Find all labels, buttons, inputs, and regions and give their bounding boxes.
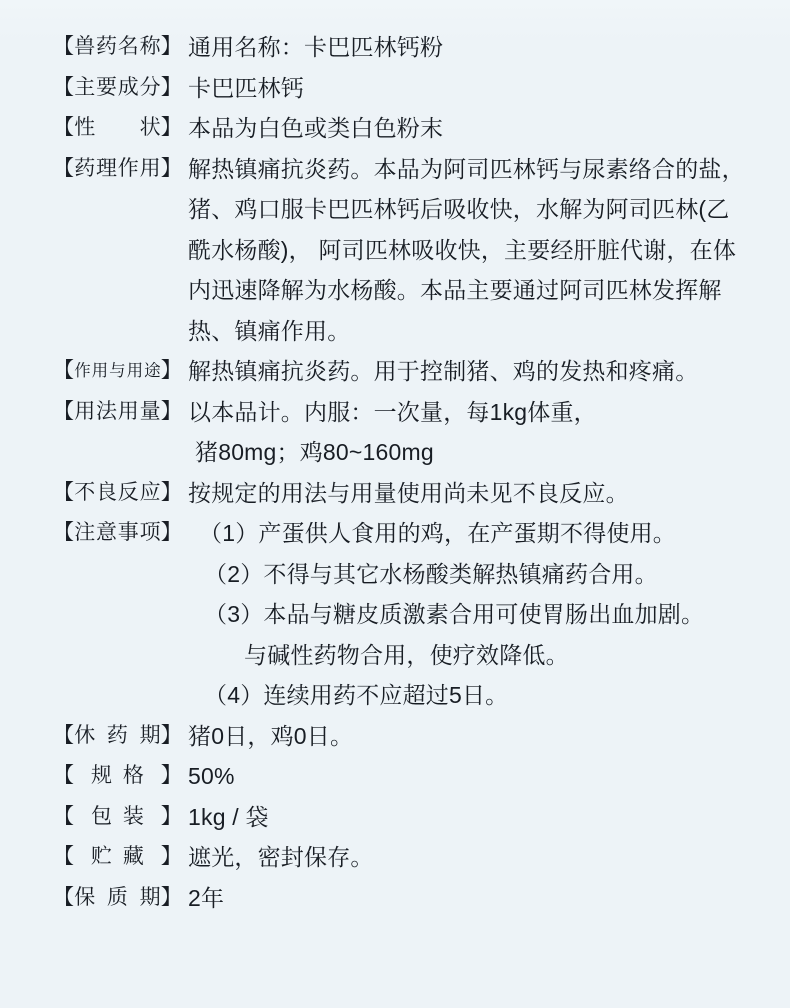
field-value-line: 以本品计。内服：一次量，每1kg体重， (188, 392, 752, 433)
bracket-open: 【 (53, 392, 74, 433)
bracket-close: 】 (161, 392, 182, 433)
field-row-package: 【 包装 】 1kg / 袋 (53, 797, 752, 838)
precaution-item: （3）本品与糖皮质激素合用可使胃肠出血加剧。 (204, 594, 752, 635)
field-row-indications: 【 作用与用途 】 解热镇痛抗炎药。用于控制猪、鸡的发热和疼痛。 (53, 351, 752, 392)
bracket-close: 】 (161, 351, 182, 392)
field-label-text: 保质期 (74, 878, 161, 919)
field-label-text: 贮藏 (74, 837, 161, 878)
field-value-precautions: （1）产蛋供人食用的鸡，在产蛋期不得使用。 （2）不得与其它水杨酸类解热镇痛药合… (182, 513, 752, 716)
field-value-line: 50% (188, 756, 752, 797)
bracket-open: 【 (53, 513, 74, 554)
field-label-text: 性状 (74, 108, 161, 149)
field-label-precautions: 【 注意事项 】 (53, 513, 182, 554)
bracket-open: 【 (53, 878, 74, 919)
field-label-text: 药理作用 (74, 149, 161, 190)
bracket-open: 【 (53, 473, 74, 514)
field-label-description: 【 性状 】 (53, 108, 182, 149)
bracket-close: 】 (161, 716, 182, 757)
field-label-text: 作用与用途 (74, 351, 161, 392)
field-label-text: 不良反应 (74, 473, 161, 514)
field-label-main-ingredient: 【 主要成分 】 (53, 68, 182, 109)
field-value-indications: 解热镇痛抗炎药。用于控制猪、鸡的发热和疼痛。 (182, 351, 752, 392)
bracket-close: 】 (161, 108, 182, 149)
field-value-line: 酰水杨酸)， 阿司匹林吸收快，主要经肝脏代谢，在体 (188, 230, 752, 271)
field-label-text: 注意事项 (74, 513, 161, 554)
precaution-item: （2）不得与其它水杨酸类解热镇痛药合用。 (204, 554, 752, 595)
field-value-line: 1kg / 袋 (188, 797, 752, 838)
bracket-open: 【 (53, 797, 74, 838)
field-value-line: 猪、鸡口服卡巴匹林钙后吸收快，水解为阿司匹林(乙 (188, 189, 752, 230)
field-label-adverse-reactions: 【 不良反应 】 (53, 473, 182, 514)
field-row-main-ingredient: 【 主要成分 】 卡巴匹林钙 (53, 68, 752, 109)
field-label-text: 规格 (74, 756, 161, 797)
field-row-shelf-life: 【 保质期 】 2年 (53, 878, 752, 919)
field-value-specification: 50% (182, 756, 752, 797)
field-row-description: 【 性状 】 本品为白色或类白色粉末 (53, 108, 752, 149)
bracket-close: 】 (161, 68, 182, 109)
field-label-text: 休药期 (74, 716, 161, 757)
field-label-withdrawal-period: 【 休药期 】 (53, 716, 182, 757)
field-value-withdrawal-period: 猪0日，鸡0日。 (182, 716, 752, 757)
bracket-close: 】 (161, 513, 182, 554)
field-label-package: 【 包装 】 (53, 797, 182, 838)
field-value-line: 猪80mg；鸡80~160mg (195, 432, 752, 473)
bracket-close: 】 (161, 149, 182, 190)
bracket-open: 【 (53, 756, 74, 797)
field-value-adverse-reactions: 按规定的用法与用量使用尚未见不良反应。 (182, 473, 752, 514)
field-value-line: 2年 (188, 878, 752, 919)
precaution-item: （1）产蛋供人食用的鸡，在产蛋期不得使用。 (199, 513, 752, 554)
field-row-pharmacology: 【 药理作用 】 解热镇痛抗炎药。本品为阿司匹林钙与尿素络合的盐， 猪、鸡口服卡… (53, 149, 752, 352)
field-row-storage: 【 贮藏 】 遮光，密封保存。 (53, 837, 752, 878)
field-value-line: 按规定的用法与用量使用尚未见不良反应。 (188, 473, 752, 514)
field-row-specification: 【 规格 】 50% (53, 756, 752, 797)
field-row-dosage: 【 用法用量 】 以本品计。内服：一次量，每1kg体重， 猪80mg；鸡80~1… (53, 392, 752, 473)
field-value-line: 解热镇痛抗炎药。本品为阿司匹林钙与尿素络合的盐， (188, 149, 752, 190)
field-row-precautions: 【 注意事项 】 （1）产蛋供人食用的鸡，在产蛋期不得使用。 （2）不得与其它水… (53, 513, 752, 716)
field-value-dosage: 以本品计。内服：一次量，每1kg体重， 猪80mg；鸡80~160mg (182, 392, 752, 473)
precaution-item: （4）连续用药不应超过5日。 (204, 675, 752, 716)
bracket-close: 】 (161, 473, 182, 514)
bracket-open: 【 (53, 149, 74, 190)
field-value-shelf-life: 2年 (182, 878, 752, 919)
bracket-open: 【 (53, 716, 74, 757)
field-value-drug-name: 通用名称：卡巴匹林钙粉 (182, 27, 752, 68)
field-label-text: 用法用量 (74, 392, 161, 433)
field-value-line: 通用名称：卡巴匹林钙粉 (188, 27, 752, 68)
field-value-line: 卡巴匹林钙 (188, 68, 752, 109)
field-label-text: 兽药名称 (74, 27, 161, 68)
bracket-close: 】 (161, 878, 182, 919)
bracket-close: 】 (161, 797, 182, 838)
field-value-line: 遮光，密封保存。 (188, 837, 752, 878)
field-label-drug-name: 【 兽药名称 】 (53, 27, 182, 68)
field-label-shelf-life: 【 保质期 】 (53, 878, 182, 919)
field-value-line: 热、镇痛作用。 (188, 311, 752, 352)
field-value-storage: 遮光，密封保存。 (182, 837, 752, 878)
bracket-close: 】 (161, 756, 182, 797)
bracket-open: 【 (53, 68, 74, 109)
bracket-open: 【 (53, 27, 74, 68)
drug-info-sheet: 【 兽药名称 】 通用名称：卡巴匹林钙粉 【 主要成分 】 卡巴匹林钙 【 性状… (0, 0, 790, 1008)
field-row-drug-name: 【 兽药名称 】 通用名称：卡巴匹林钙粉 (53, 27, 752, 68)
bracket-open: 【 (53, 837, 74, 878)
field-value-pharmacology: 解热镇痛抗炎药。本品为阿司匹林钙与尿素络合的盐， 猪、鸡口服卡巴匹林钙后吸收快，… (182, 149, 752, 352)
field-label-pharmacology: 【 药理作用 】 (53, 149, 182, 190)
field-label-specification: 【 规格 】 (53, 756, 182, 797)
field-value-line: 内迅速降解为水杨酸。本品主要通过阿司匹林发挥解 (188, 270, 752, 311)
field-label-text: 包装 (74, 797, 161, 838)
field-label-text: 主要成分 (74, 68, 161, 109)
field-row-withdrawal-period: 【 休药期 】 猪0日，鸡0日。 (53, 716, 752, 757)
field-value-line: 解热镇痛抗炎药。用于控制猪、鸡的发热和疼痛。 (188, 351, 752, 392)
field-label-storage: 【 贮藏 】 (53, 837, 182, 878)
bracket-close: 】 (161, 27, 182, 68)
precaution-item-continuation: 与碱性药物合用，使疗效降低。 (244, 635, 752, 676)
bracket-close: 】 (161, 837, 182, 878)
field-value-main-ingredient: 卡巴匹林钙 (182, 68, 752, 109)
field-value-package: 1kg / 袋 (182, 797, 752, 838)
field-label-dosage: 【 用法用量 】 (53, 392, 182, 433)
field-value-line: 猪0日，鸡0日。 (188, 716, 752, 757)
bracket-open: 【 (53, 351, 74, 392)
field-row-adverse-reactions: 【 不良反应 】 按规定的用法与用量使用尚未见不良反应。 (53, 473, 752, 514)
field-label-indications: 【 作用与用途 】 (53, 351, 182, 392)
field-value-line: 本品为白色或类白色粉末 (188, 108, 752, 149)
bracket-open: 【 (53, 108, 74, 149)
field-value-description: 本品为白色或类白色粉末 (182, 108, 752, 149)
